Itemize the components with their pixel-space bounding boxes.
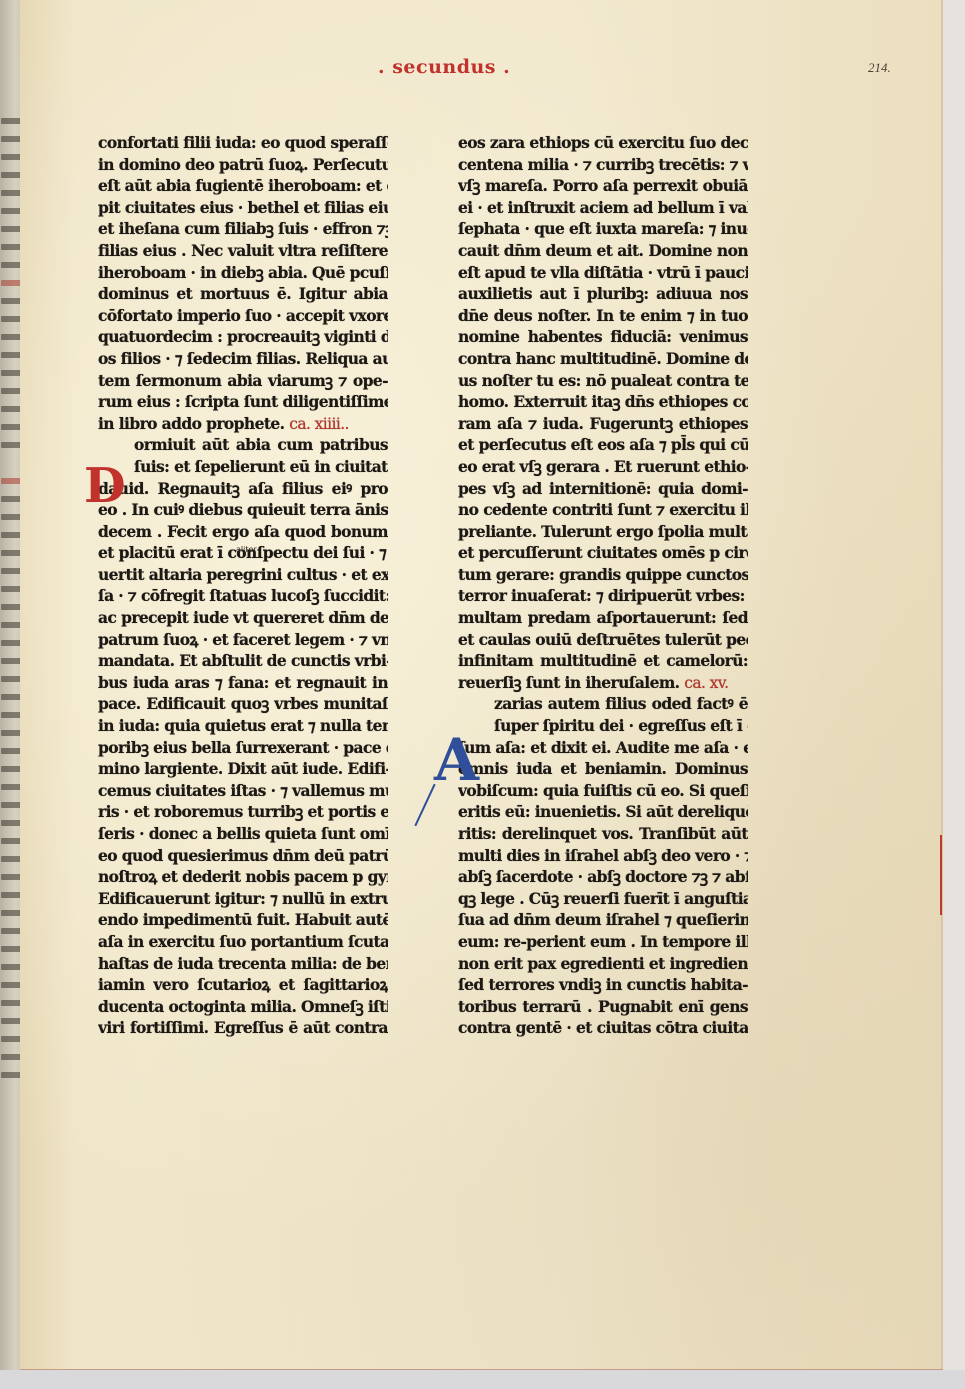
text-line: eſt aūt abia fugientē iheroboam: et ce- bbox=[98, 175, 388, 197]
ghost-text-line bbox=[1, 604, 21, 610]
text-line: viri fortiſſimi. Egreſſus ē aūt contra bbox=[98, 1017, 388, 1039]
text-line: ſed terrores vndiꝫ in cunctis habita- bbox=[458, 974, 748, 996]
text-line: ris · et roboremus turribꝫ et portis et bbox=[98, 801, 388, 823]
text-line: eo erat vſꝫ gerara . Et ruerunt ethio- bbox=[458, 456, 748, 478]
text-line: homo. Exterruit itaꝫ dn̄s ethiopes co- bbox=[458, 391, 748, 413]
text-line: dn̄e deus noſter. In te enim ⁊ in tuo bbox=[458, 305, 748, 327]
ghost-text-line bbox=[1, 658, 21, 664]
ghost-text-line bbox=[1, 802, 21, 808]
ghost-text-line bbox=[1, 136, 21, 142]
ghost-text-line bbox=[1, 1018, 21, 1024]
text-line: et perſecutus eſt eos aſa ⁊ pl̄s qui cū bbox=[458, 434, 748, 456]
ghost-text-line bbox=[1, 226, 21, 232]
text-line: rum eius : ſcripta ſunt diligentiſſime bbox=[98, 391, 388, 413]
text-line: vobiſcum: quia fuiſtis cū eo. Si queſi- bbox=[458, 780, 748, 802]
text-line: auxilietis aut ī pluribꝫ: adiuua nos bbox=[458, 283, 748, 305]
text-line: nomine habentes fiduciā: venimus bbox=[458, 326, 748, 348]
text-line: zarias autem filius oded factꝰ ē bbox=[458, 693, 748, 715]
text-line: filias eius . Nec valuit vltra reſiſtere bbox=[98, 240, 388, 262]
ghost-rubric-line bbox=[1, 280, 21, 286]
text-line: eum: re-perient eum . In tempore illo bbox=[458, 931, 748, 953]
text-line: vſꝫ mareſa. Porro aſa perrexit obuiā bbox=[458, 175, 748, 197]
ghost-text-line bbox=[1, 1054, 21, 1060]
ghost-text-line bbox=[1, 388, 21, 394]
text-line: centena milia · ⁊ curribꝫ trecētis: ⁊ ve… bbox=[458, 154, 748, 176]
text-line: preliante. Tulerunt ergo ſpolia multa: bbox=[458, 521, 748, 543]
text-line: eſt apud te vlla diſtātia · vtrū ī pauci… bbox=[458, 262, 748, 284]
text-line: ei · et inſtruxit aciem ad bellum ī vall… bbox=[458, 197, 748, 219]
red-initial-letter: D bbox=[84, 466, 128, 506]
text-line: quatuordecim : procreauitꝫ viginti du- bbox=[98, 326, 388, 348]
text-line: ducenta octoginta milia. Omneſꝫ iſti bbox=[98, 996, 388, 1018]
text-line-with-chapter: in libro addo prophete. ca. xiiii.. bbox=[98, 413, 388, 435]
text-line: ormiuit aūt abia cum patribus bbox=[98, 434, 388, 456]
text-line: cōfortato imperio ſuo · accepit vxores bbox=[98, 305, 388, 327]
text-line-with-chapter: reuerſiꝫ ſunt in iheruſalem. ca. xv. bbox=[458, 672, 748, 694]
text-line: ſephata · que eſt iuxta mareſa: ⁊ inuo- bbox=[458, 218, 748, 240]
ghost-text-line bbox=[1, 190, 21, 196]
ghost-text-line bbox=[1, 622, 21, 628]
right-text-column: eos zara ethiops cū exercitu ſuo deciēſ … bbox=[458, 132, 748, 1039]
text-line: in domino deo patrū ſuoꝝ. Perſecutus bbox=[98, 154, 388, 176]
text-line: poribꝫ eius bella ſurrexerant · pace do- bbox=[98, 737, 388, 759]
ghost-text-line bbox=[1, 532, 21, 538]
text-line: ritis: derelinquet vos. Tranſibūt aūt bbox=[458, 823, 748, 845]
text-line: dauid. Regnauitꝫ aſa filius eiꝰ pro bbox=[98, 478, 388, 500]
text-line: mandata. Et abſtulit de cunctis vrbi- bbox=[98, 650, 388, 672]
text-line: toribus terrarū . Pugnabit enī gens bbox=[458, 996, 748, 1018]
folio-number: 214. bbox=[868, 60, 891, 76]
text-line: ſuper ſpiritu dei · egreſſus eſt ī occur… bbox=[458, 715, 748, 737]
ghost-text-line bbox=[1, 640, 21, 646]
ghost-text-line bbox=[1, 514, 21, 520]
ghost-text-line bbox=[1, 550, 21, 556]
ghost-text-line bbox=[1, 316, 21, 322]
text-fragment: in libro addo prophete. bbox=[98, 414, 284, 433]
ghost-text-line bbox=[1, 262, 21, 268]
text-line: iheroboam · in diebꝫ abia. Quē pcuſſit bbox=[98, 262, 388, 284]
ghost-text-line bbox=[1, 208, 21, 214]
text-line: eos zara ethiops cū exercitu ſuo deciēſ bbox=[458, 132, 748, 154]
left-text-column: confortati filii iuda: eo quod speraſſen… bbox=[98, 132, 388, 1039]
text-line: ac precepit iude vt quereret dn̄m deum bbox=[98, 607, 388, 629]
text-line: ſeris · donec a bellis quieta ſunt omīa: bbox=[98, 823, 388, 845]
ghost-text-line bbox=[1, 568, 21, 574]
previous-leaf-edge bbox=[0, 0, 22, 1389]
text-line: et iheſana cum filiabꝫ ſuis · effron ⁊ꝫ … bbox=[98, 218, 388, 240]
text-line: no cedente contriti ſunt ⁊ exercitu illi… bbox=[458, 499, 748, 521]
ghost-text-line bbox=[1, 406, 21, 412]
ghost-text-line bbox=[1, 154, 21, 160]
text-line: endo impedimentū fuit. Habuit autē bbox=[98, 909, 388, 931]
text-line: eritis eū: inuenietis. Si aūt dereliquē- bbox=[458, 801, 748, 823]
text-line: abſꝫ ſacerdote · abſꝫ doctore ⁊ꝫ ⁊ abſ- bbox=[458, 866, 748, 888]
text-line: pace. Edificauit quoꝫ vrbes munitaſ bbox=[98, 693, 388, 715]
ghost-text-line bbox=[1, 964, 21, 970]
ghost-text-line bbox=[1, 1000, 21, 1006]
text-line: ſua ad dn̄m deum iſrahel ⁊ queſierint bbox=[458, 909, 748, 931]
page-edge bbox=[941, 0, 943, 1369]
text-line: os filios · ⁊ ſedecim filias. Reliqua au… bbox=[98, 348, 388, 370]
ghost-text-line bbox=[1, 892, 21, 898]
interlinear-gloss: aliter bbox=[236, 545, 257, 554]
text-line: eo quod quesierimus dn̄m deū patrū bbox=[98, 845, 388, 867]
ghost-text-line bbox=[1, 118, 21, 124]
initial-glyph: A bbox=[434, 726, 479, 794]
ghost-text-line bbox=[1, 874, 21, 880]
ghost-text-line bbox=[1, 856, 21, 862]
ghost-text-line bbox=[1, 910, 21, 916]
text-line: ſuis: et ſepelierunt eū in ciuitate bbox=[98, 456, 388, 478]
blue-initial-letter: A bbox=[434, 732, 492, 792]
text-line: ſum aſa: et dixit ei. Audite me aſa · et bbox=[458, 737, 748, 759]
text-line: cemus ciuitates iſtas · ⁊ vallemus mu- bbox=[98, 780, 388, 802]
ghost-text-line bbox=[1, 982, 21, 988]
text-line: noſtroꝝ et dederit nobis pacem p gyrū. bbox=[98, 866, 388, 888]
text-line: Edificauerunt igitur: ⁊ nullū in extru- bbox=[98, 888, 388, 910]
text-line: tem ſermonum abia viarumꝫ ⁊ ope- bbox=[98, 370, 388, 392]
running-head: . secundus . bbox=[378, 56, 510, 78]
ghost-text-line bbox=[1, 766, 21, 772]
ghost-text-line bbox=[1, 820, 21, 826]
ghost-text-line bbox=[1, 370, 21, 376]
ghost-text-line bbox=[1, 730, 21, 736]
text-line: aſa in exercitu ſuo portantium ſcuta ⁊ bbox=[98, 931, 388, 953]
text-line: dominus et mortuus ē. Igitur abia bbox=[98, 283, 388, 305]
chapter-marker: ca. xiiii.. bbox=[289, 415, 349, 433]
text-line: pit ciuitates eius · bethel et filias ei… bbox=[98, 197, 388, 219]
text-fragment: reuerſiꝫ ſunt in iheruſalem. bbox=[458, 673, 679, 692]
text-line: tum gerare: grandis quippe cunctos bbox=[458, 564, 748, 586]
text-line: multi dies in iſrahel abſꝫ deo vero · ⁊ bbox=[458, 845, 748, 867]
text-line: mino largiente. Dixit aūt iude. Edifi- bbox=[98, 758, 388, 780]
ghost-text-line bbox=[1, 424, 21, 430]
text-line: eo . In cuiꝰ diebus quieuit terra ānis bbox=[98, 499, 388, 521]
ghost-text-line bbox=[1, 1036, 21, 1042]
ghost-text-line bbox=[1, 172, 21, 178]
ghost-text-line bbox=[1, 334, 21, 340]
text-line: qꝫ lege . Cūꝫ reuerſi fuerīt ī anguſtia bbox=[458, 888, 748, 910]
ghost-text-line bbox=[1, 748, 21, 754]
text-line: bus iuda aras ⁊ fana: et regnauit in bbox=[98, 672, 388, 694]
text-line: in iuda: quia quietus erat ⁊ nulla tem- bbox=[98, 715, 388, 737]
ghost-text-line bbox=[1, 496, 21, 502]
red-edge-mark bbox=[940, 835, 942, 915]
text-line: infinitam multitudinē et camelorū: bbox=[458, 650, 748, 672]
ghost-text-line bbox=[1, 928, 21, 934]
ghost-rubric-line bbox=[1, 478, 21, 484]
background-below-page bbox=[0, 1370, 965, 1389]
ghost-text-line bbox=[1, 712, 21, 718]
text-line: et caulas ouiū deſtruētes tulerūt pecoꝝ bbox=[458, 629, 748, 651]
text-line: haſtas de iuda trecenta milia: de ben- bbox=[98, 953, 388, 975]
text-line: non erit pax egredienti et ingredienti: bbox=[458, 953, 748, 975]
ghost-text-line bbox=[1, 1072, 21, 1078]
ghost-text-line bbox=[1, 352, 21, 358]
text-line: et percuſſerunt ciuitates omēs p circui- bbox=[458, 542, 748, 564]
text-line: confortati filii iuda: eo quod speraſſen… bbox=[98, 132, 388, 154]
chapter-marker: ca. xv. bbox=[684, 674, 728, 692]
text-line: ram aſa ⁊ iuda. Fugeruntꝫ ethiopes bbox=[458, 413, 748, 435]
ghost-text-line bbox=[1, 298, 21, 304]
text-line: uertit altaria peregrini cultus · et exc… bbox=[98, 564, 388, 586]
ghost-text-line bbox=[1, 442, 21, 448]
text-line: decem . Fecit ergo aſa quod bonum bbox=[98, 521, 388, 543]
ghost-text-line bbox=[1, 676, 21, 682]
text-line: us noſter tu es: nō pualeat contra te bbox=[458, 370, 748, 392]
ghost-text-line bbox=[1, 586, 21, 592]
ghost-text-line bbox=[1, 784, 21, 790]
text-line: ſa · ⁊ cōfregit ſtatuas lucoſꝫ ſuccidit: bbox=[98, 585, 388, 607]
text-line: cauit dn̄m deum et ait. Domine non bbox=[458, 240, 748, 262]
text-line: patrum ſuoꝝ · et faceret legem · ⁊ vniuſ… bbox=[98, 629, 388, 651]
text-line: omnis iuda et beniamin. Dominus bbox=[458, 758, 748, 780]
text-line: iamin vero ſcutarioꝝ et ſagittarioꝝ bbox=[98, 974, 388, 996]
text-line: pes vſꝫ ad internitionē: quia domi- bbox=[458, 478, 748, 500]
ghost-text-line bbox=[1, 694, 21, 700]
text-line: contra gentē · et ciuitas cōtra ciuitatē bbox=[458, 1017, 748, 1039]
ghost-text-line bbox=[1, 244, 21, 250]
text-line: contra hanc multitudinē. Domine de- bbox=[458, 348, 748, 370]
text-line: multam predam aſportauerunt: ſed bbox=[458, 607, 748, 629]
ghost-text-line bbox=[1, 838, 21, 844]
ghost-text-line bbox=[1, 946, 21, 952]
text-line: terror inuaſerat: ⁊ diripuerūt vrbes: ⁊ bbox=[458, 585, 748, 607]
